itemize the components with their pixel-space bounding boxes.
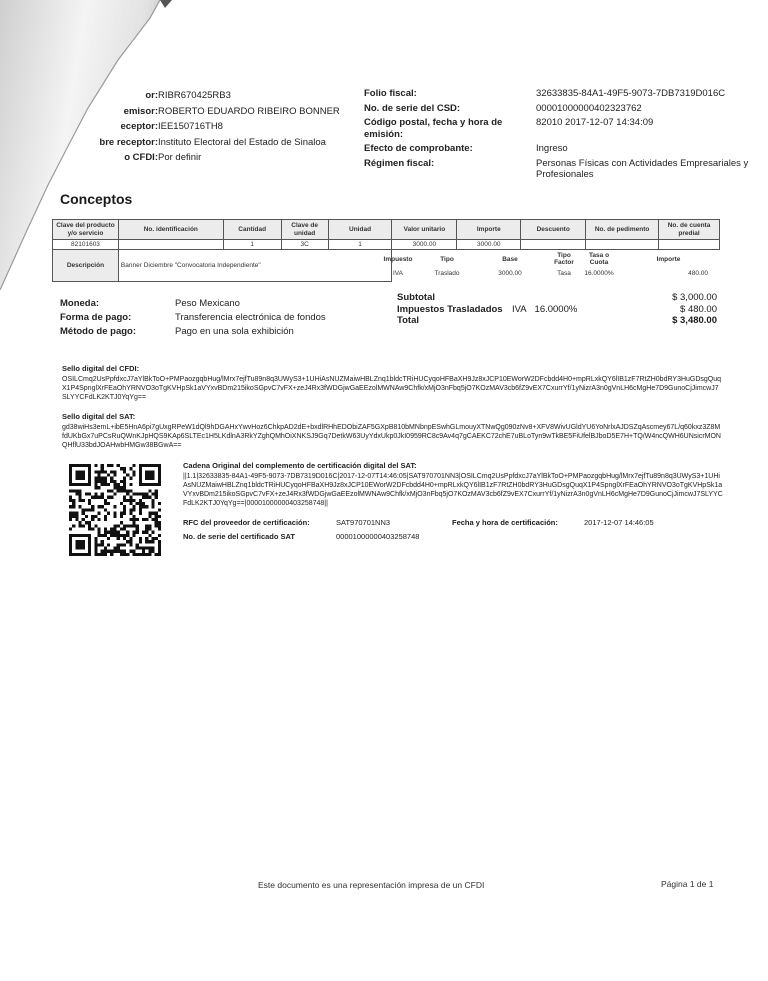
moneda-label: Moneda: (60, 298, 175, 309)
total-row: Total $ 3,480.00 (397, 315, 717, 327)
rfc-proveedor-value: SAT970701NN3 (336, 518, 452, 527)
rfc-receptor-row: eceptor: IEE150716TH8 (60, 119, 380, 135)
imp-col-tipo-factor: Tipo Factor (549, 252, 579, 266)
imp-impuesto: IVA (373, 270, 423, 277)
uso-cfdi-value: Por definir (158, 152, 201, 163)
table-row: 82101603 1 3C 1 3000.00 3000.00 (53, 240, 720, 250)
rfc-emisor-value: RIBR670425RB3 (158, 90, 231, 101)
nombre-receptor-value: Instituto Electoral del Estado de Sinalo… (158, 137, 326, 148)
cp-label: Código postal, fecha y hora de emisión: (364, 117, 536, 140)
pago-block: Moneda: Peso Mexicano Forma de pago: Tra… (60, 296, 360, 338)
forma-pago-row: Forma de pago: Transferencia electrónica… (60, 310, 360, 324)
subtotal-row: Subtotal $ 3,000.00 (397, 292, 717, 304)
rfc-receptor-value: IEE150716TH8 (158, 121, 223, 132)
sello-sat-label: Sello digital del SAT: (62, 412, 722, 421)
folio-row: Folio fiscal: 32633835-84A1-49F5-9073-7D… (364, 88, 764, 100)
cell-pedimento (586, 240, 659, 250)
col-cantidad: Cantidad (223, 220, 281, 240)
impuestos-subtable: Impuesto Tipo Base Tipo Factor Tasa o Cu… (373, 250, 718, 278)
serie-certificado-row: No. de serie del certificado SAT 0000100… (183, 529, 743, 543)
imp-col-impuesto: Impuesto (373, 256, 423, 263)
sello-cfdi-block: Sello digital del CFDI: OSILCmq2UsPpfdxc… (62, 364, 722, 402)
cell-unidad: 1 (328, 240, 392, 250)
cell-no-identificacion (118, 240, 223, 250)
forma-pago-value: Transferencia electrónica de fondos (175, 312, 326, 323)
fecha-certificacion-label: Fecha y hora de certificación: (452, 518, 584, 527)
sello-cfdi-label: Sello digital del CFDI: (62, 364, 722, 373)
efecto-row: Efecto de comprobante: Ingreso (364, 143, 764, 155)
cp-row: Código postal, fecha y hora de emisión: … (364, 117, 764, 140)
rfc-proveedor-label: RFC del proveedor de certificación: (183, 518, 336, 527)
uso-cfdi-label: o CFDI: (60, 152, 158, 163)
serie-certificado-label: No. de serie del certificado SAT (183, 532, 336, 541)
cell-valor-unitario: 3000.00 (392, 240, 457, 250)
rfc-emisor-row: or: RIBR670425RB3 (60, 88, 380, 104)
imp-importe: 480.00 (619, 270, 718, 277)
efecto-label: Efecto de comprobante: (364, 143, 536, 155)
impuestos-header: Impuesto Tipo Base Tipo Factor Tasa o Cu… (373, 250, 718, 268)
cell-cuenta-predial (659, 240, 720, 250)
nombre-emisor-row: emisor: ROBERTO EDUARDO RIBEIRO BONNER (60, 104, 380, 120)
moneda-value: Peso Mexicano (175, 298, 240, 309)
nombre-emisor-label: emisor: (60, 106, 158, 117)
col-pedimento: No. de pedimento (586, 220, 659, 240)
total-label: Total (397, 315, 512, 326)
folio-label: Folio fiscal: (364, 88, 536, 100)
impuestos-trasladados-row: Impuestos Trasladados IVA 16.0000% $ 480… (397, 304, 717, 316)
col-importe: Importe (457, 220, 521, 240)
col-clave-producto: Clave del producto y/o servicio (53, 220, 119, 240)
uso-cfdi-row: o CFDI: Por definir (60, 150, 380, 166)
page-indicator: Página 1 de 1 (661, 879, 713, 889)
col-descuento: Descuento (521, 220, 586, 240)
metodo-pago-label: Método de pago: (60, 326, 175, 337)
imp-tipo-factor: Tasa (549, 270, 579, 277)
imp-col-tasa: Tasa o Cuota (579, 252, 619, 266)
cadena-original-block: Cadena Original del complemento de certi… (183, 461, 723, 508)
regimen-row: Régimen fiscal: Personas Físicas con Act… (364, 158, 764, 181)
conceptos-title: Conceptos (60, 191, 132, 207)
comprobante-info-block: Folio fiscal: 32633835-84A1-49F5-9073-7D… (364, 88, 764, 184)
subtotal-value: $ 3,000.00 (612, 292, 717, 303)
cell-cantidad: 1 (223, 240, 281, 250)
rfc-emisor-label: or: (60, 90, 158, 101)
cell-importe: 3000.00 (457, 240, 521, 250)
cell-descuento (521, 240, 586, 250)
metodo-pago-row: Método de pago: Pago en una sola exhibic… (60, 324, 360, 338)
sello-sat-block: Sello digital del SAT: gd38wiHs3emL+ibE5… (62, 412, 722, 450)
imp-col-importe: Importe (619, 256, 718, 263)
imp-base: 3000.00 (471, 270, 549, 277)
cell-clave-unidad: 3C (281, 240, 328, 250)
moneda-row: Moneda: Peso Mexicano (60, 296, 360, 310)
impuestos-trasladados-value: $ 480.00 (612, 304, 717, 315)
csd-row: No. de serie del CSD: 000010000004023237… (364, 103, 764, 115)
total-value: $ 3,480.00 (612, 315, 717, 326)
cell-clave-producto: 82101603 (53, 240, 119, 250)
descripcion-label: Descripción (53, 250, 119, 282)
imp-col-tipo: Tipo (423, 256, 471, 263)
impuestos-row: IVA Traslado 3000.00 Tasa 16.0000% 480.0… (373, 268, 718, 278)
cadena-original-label: Cadena Original del complemento de certi… (183, 461, 723, 470)
cadena-original-value: ||1.1|32633835-84A1-49F5-9073-7DB7319D01… (183, 472, 723, 508)
impuestos-trasladados-detail: IVA 16.0000% (512, 304, 612, 315)
emisor-receptor-block: or: RIBR670425RB3 emisor: ROBERTO EDUARD… (60, 88, 380, 166)
qr-code-icon (69, 464, 161, 556)
impuestos-trasladados-label: Impuestos Trasladados (397, 304, 512, 315)
impuesto-name: IVA (512, 304, 527, 315)
col-clave-unidad: Clave de unidad (281, 220, 328, 240)
subtotal-label: Subtotal (397, 292, 512, 303)
metodo-pago-value: Pago en una sola exhibición (175, 326, 294, 337)
footer-note: Este documento es una representación imp… (258, 880, 484, 890)
nombre-receptor-row: bre receptor: Instituto Electoral del Es… (60, 135, 380, 151)
imp-col-base: Base (471, 256, 549, 263)
regimen-value: Personas Físicas con Actividades Empresa… (536, 158, 764, 181)
efecto-value: Ingreso (536, 143, 764, 155)
col-valor-unitario: Valor unitario (392, 220, 457, 240)
rfc-proveedor-row: RFC del proveedor de certificación: SAT9… (183, 515, 743, 529)
csd-value: 00001000000402323762 (536, 103, 764, 115)
descripcion-value: Banner Diciembre "Convocatoria Independi… (118, 250, 392, 282)
impuesto-rate: 16.0000% (535, 304, 578, 315)
nombre-emisor-value: ROBERTO EDUARDO RIBEIRO BONNER (158, 106, 340, 117)
serie-certificado-value: 00001000000403258748 (336, 532, 452, 541)
col-cuenta-predial: No. de cuenta predial (659, 220, 720, 240)
csd-label: No. de serie del CSD: (364, 103, 536, 115)
imp-tipo: Traslado (423, 270, 471, 277)
col-no-identificacion: No. identificación (118, 220, 223, 240)
sello-sat-value: gd38wiHs3emL+ibE5HnA6pi7gUxgRPeW1dQl9hDG… (62, 423, 722, 450)
regimen-label: Régimen fiscal: (364, 158, 536, 181)
rfc-receptor-label: eceptor: (60, 121, 158, 132)
sello-cfdi-value: OSILCmq2UsPpfdxcJ7aYlBkToO+PMPaozgqbHug/… (62, 375, 722, 402)
totals-block: Subtotal $ 3,000.00 Impuestos Trasladado… (397, 292, 717, 327)
nombre-receptor-label: bre receptor: (60, 137, 158, 148)
fecha-certificacion-value: 2017-12-07 14:46:05 (584, 518, 700, 527)
col-unidad: Unidad (328, 220, 392, 240)
certificacion-block: RFC del proveedor de certificación: SAT9… (183, 515, 743, 543)
forma-pago-label: Forma de pago: (60, 312, 175, 323)
cp-value: 82010 2017-12-07 14:34:09 (536, 117, 764, 140)
folio-value: 32633835-84A1-49F5-9073-7DB7319D016C (536, 88, 764, 100)
table-header-row: Clave del producto y/o servicio No. iden… (53, 220, 720, 240)
imp-tasa: 16.0000% (579, 270, 619, 277)
